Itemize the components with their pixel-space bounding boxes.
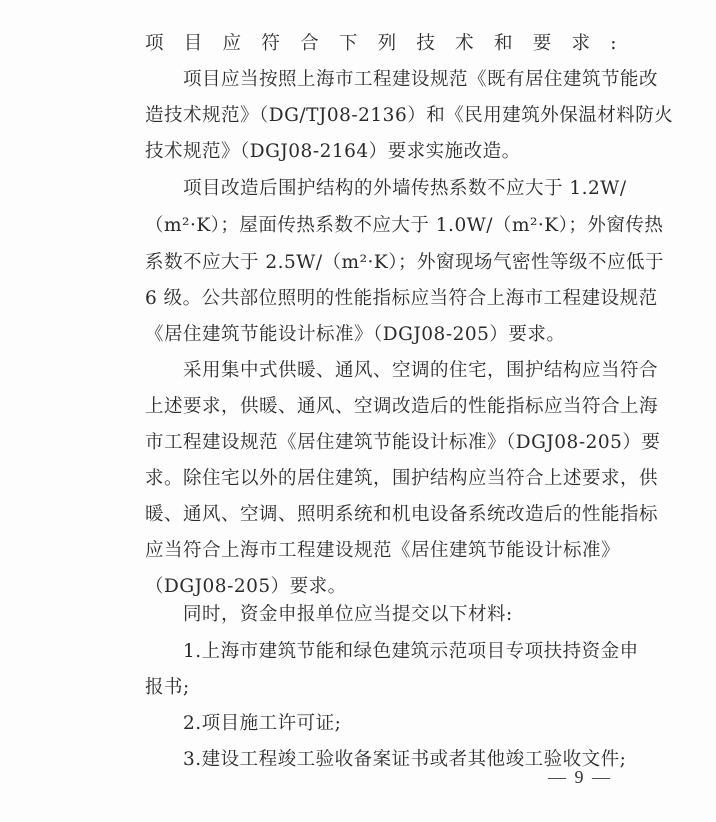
text-line: 项目应当按照上海市工程建设规范《既有居住建筑节能改 <box>183 65 617 95</box>
text-line: 1.上海市建筑节能和绿色建筑示范项目专项扶持资金申 <box>183 637 617 667</box>
text-line: 市工程建设规范《居住建筑节能设计标准》（DGJ08-205）要 <box>145 428 617 458</box>
text-line: 采用集中式供暖、通风、空调的住宅，围护结构应当符合 <box>183 356 617 386</box>
text-line: （DGJ08-205）要求。 <box>145 572 617 602</box>
text-line: 项目改造后围护结构的外墙传热系数不应大于 1.2W/ <box>183 174 617 204</box>
text-line: （m²·K）；屋面传热系数不应大于 1.0W/（m²·K）；外窗传热 <box>145 211 617 241</box>
text-line: 《居住建筑节能设计标准》（DGJ08-205）要求。 <box>145 320 617 350</box>
text-line: 造技术规范》（DG/TJ08-2136）和《民用建筑外保温材料防火 <box>145 101 617 131</box>
page-number: — 9 — <box>548 767 612 788</box>
text-line: 2.项目施工许可证; <box>183 709 617 739</box>
text-line: 技术规范》（DGJ08-2164）要求实施改造。 <box>145 137 617 167</box>
text-line: 系数不应大于 2.5W/（m²·K）；外窗现场气密性等级不应低于 <box>145 248 617 278</box>
text-line: 报书; <box>145 673 617 703</box>
text-line: 应当符合上海市工程建设规范《居住建筑节能设计标准》 <box>145 536 617 566</box>
text-line: 暖、通风、空调、照明系统和机电设备系统改造后的性能指标 <box>145 500 617 530</box>
document-page: 项目应符合下列技术和要求: 项目应当按照上海市工程建设规范《既有居住建筑节能改 … <box>0 0 716 822</box>
text-line: 同时，资金申报单位应当提交以下材料: <box>183 600 617 630</box>
text-line: 项目应符合下列技术和要求: <box>145 29 617 59</box>
text-line: 求。除住宅以外的居住建筑，围护结构应当符合上述要求，供 <box>145 464 617 494</box>
text-line: 上述要求，供暖、通风、空调改造后的性能指标应当符合上海 <box>145 392 617 422</box>
text-line: 6 级。公共部位照明的性能指标应当符合上海市工程建设规范 <box>145 284 617 314</box>
